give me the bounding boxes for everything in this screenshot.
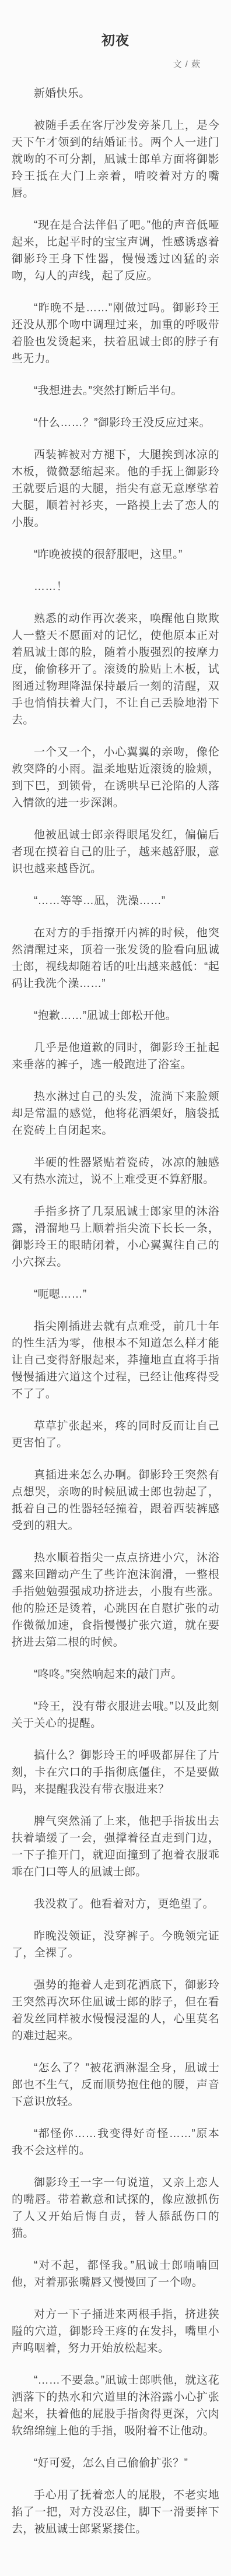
paragraph: “昨晚不是……”刚做过吗。御影玲王还没从那个吻中调理过来，加重的呼吸带着脸也发烫… — [12, 300, 219, 367]
paragraph: 御影玲王一字一句说道，又亲上恋人的嘴唇。带着歉意和试探的，像应激抓伤了人又开始后… — [12, 2174, 219, 2242]
paragraph: “都怪你……我变得好奇怪……”原本我不会这样的。 — [12, 2125, 219, 2159]
paragraph: 我没救了。他看着对方，更绝望了。 — [12, 1896, 219, 1913]
paragraph: 脾气突然涌了上来，他把手指拔出去扶着墙缓了一会，强撑着径直走到门边，一下子推开门… — [12, 1813, 219, 1881]
paragraph: 热水淋过自己的头发，流淌下来脸颊却是常温的感觉，他将花洒架好，脑袋抵在瓷砖上自闭… — [12, 1088, 219, 1139]
paragraph: “……等等…凪，洗澡……” — [12, 892, 219, 909]
paragraph: 手指多挤了几泵凪诚士郎家里的沐浴露，滑溜地马上顺着指尖流下长长一条，御影玲王的眼… — [12, 1203, 219, 1271]
paragraph: 西装裤被对方褪下，大腿挨到冰凉的木板，微微瑟缩起来。他的手抚上御影玲王就要后退的… — [12, 447, 219, 531]
paragraph: “对不起，都怪我。”凪诚士郎喃喃回他，对着那张嘴唇又慢慢回了一个吻。 — [12, 2257, 219, 2291]
paragraph: 半硬的性器紧贴着瓷砖，冰凉的触感又有热水流过，说不上难受更不算舒服。 — [12, 1154, 219, 1188]
paragraph: “我想进去。”突然打断后半句。 — [12, 382, 219, 399]
paragraph: “呃嗯……” — [12, 1286, 219, 1303]
paragraph: “抱歉……”凪诚士郎松开他。 — [12, 1007, 219, 1024]
paragraph: 手心用了抚着恋人的屁股，不老实地掐了一把，对方没忍住，脚下一滑要摔下去，被凪诚士… — [12, 2487, 219, 2538]
paragraph: 被随手丢在客厅沙发旁茶几上，是今天下午才领到的结婚证书。两个人一进门就吻的不可分… — [12, 117, 219, 202]
paragraph: 对方一下子捅进来两根手指，挤进狭隘的穴道，御影玲王疼的在发抖，嘴里小声呜咽着，努… — [12, 2306, 219, 2357]
paragraph: 强势的拖着人走到花洒底下，御影玲王突然再次环住凪诚士郎的脖子，但在看着发丝同样被… — [12, 1977, 219, 2044]
paragraph: 热水顺着指尖一点点挤进小穴，沐浴露来回蹭动产生了些许泡沫润滑，一整根手指勉勉强强… — [12, 1549, 219, 1651]
byline: 文 / 蔌 — [0, 58, 231, 70]
paragraph: “咚咚。”突然响起来的敲门声。 — [12, 1666, 219, 1683]
paragraph: 搞什么？御影玲王的呼吸都屏住了片刻，卡在穴口的手指彻底僵住，不是要做吗，来提醒我… — [12, 1747, 219, 1798]
page-title: 初夜 — [0, 32, 231, 50]
story-body: 新婚快乐。被随手丢在客厅沙发旁茶几上，是今天下午才领到的结婚证书。两个人一进门就… — [0, 85, 231, 2538]
paragraph: “玲王，没有带衣服进去哦。”以及此刻关于关心的提醒。 — [12, 1698, 219, 1732]
paragraph: “怎么了？”被花洒淋湿全身，凪诚士郎也不生气，反而顺势抱住他的腰，声音下意识放轻… — [12, 2060, 219, 2110]
paragraph: “……不要急。”凪诚士郎哄他，就这花洒落下的热水和穴道里的沐浴露小心扩张起来，扶… — [12, 2372, 219, 2440]
paragraph: “好可爱，怎么自己偷偷扩张？” — [12, 2455, 219, 2472]
paragraph: ……！ — [12, 578, 219, 595]
paragraph: 熟悉的动作再次袭来，唤醒他自欺欺人一整天不愿面对的记忆，使他原本正对着凪诚士郎的… — [12, 610, 219, 729]
paragraph: 真插进来怎么办啊。御影玲王突然有点想哭，亲吻的时候凪诚士郎也勃起了，抵着自己的性… — [12, 1467, 219, 1534]
paragraph: 昨晚没领证，没穿裤子。今晚领完证了，全裸了。 — [12, 1928, 219, 1962]
paragraph: 几乎是他道歉的同时，御影玲王扯起来垂落的裤子，逃一般跑进了浴室。 — [12, 1039, 219, 1073]
paragraph: 一个又一个，小心翼翼的亲吻，像伦敦突降的小雨。温柔地贴近滚烫的脸颊，到下巴，到锁… — [12, 744, 219, 811]
paragraph: 他被凪诚士郎亲得眼尾发红，偏偏后者现在摸着自己的肚子，越来越舒服，意识也越来越昏… — [12, 827, 219, 877]
paragraph: 草草扩张起来，疼的同时反而让自己更害怕了。 — [12, 1418, 219, 1452]
paragraph: “昨晚被摸的很舒服吧，这里。” — [12, 546, 219, 563]
paragraph: “什么……？”御影玲王没反应过来。 — [12, 414, 219, 431]
paragraph: “现在是合法伴侣了吧。”他的声音低哑起来，比起平时的宝宝声调，性感诱惑着御影玲王… — [12, 217, 219, 284]
paragraph: 新婚快乐。 — [12, 85, 219, 102]
story-page: 初夜 文 / 蔌 新婚快乐。被随手丢在客厅沙发旁茶几上，是今天下午才领到的结婚证… — [0, 0, 231, 2576]
paragraph: 指尖刚插进去就有点难受，前几十年的性生活为零，他根本不知道怎么样才能让自己变得舒… — [12, 1318, 219, 1403]
paragraph: 在对方的手指撩开内裤的时候，他突然清醒过来，顶着一张发烫的脸看向凪诚士郎，视线却… — [12, 925, 219, 992]
